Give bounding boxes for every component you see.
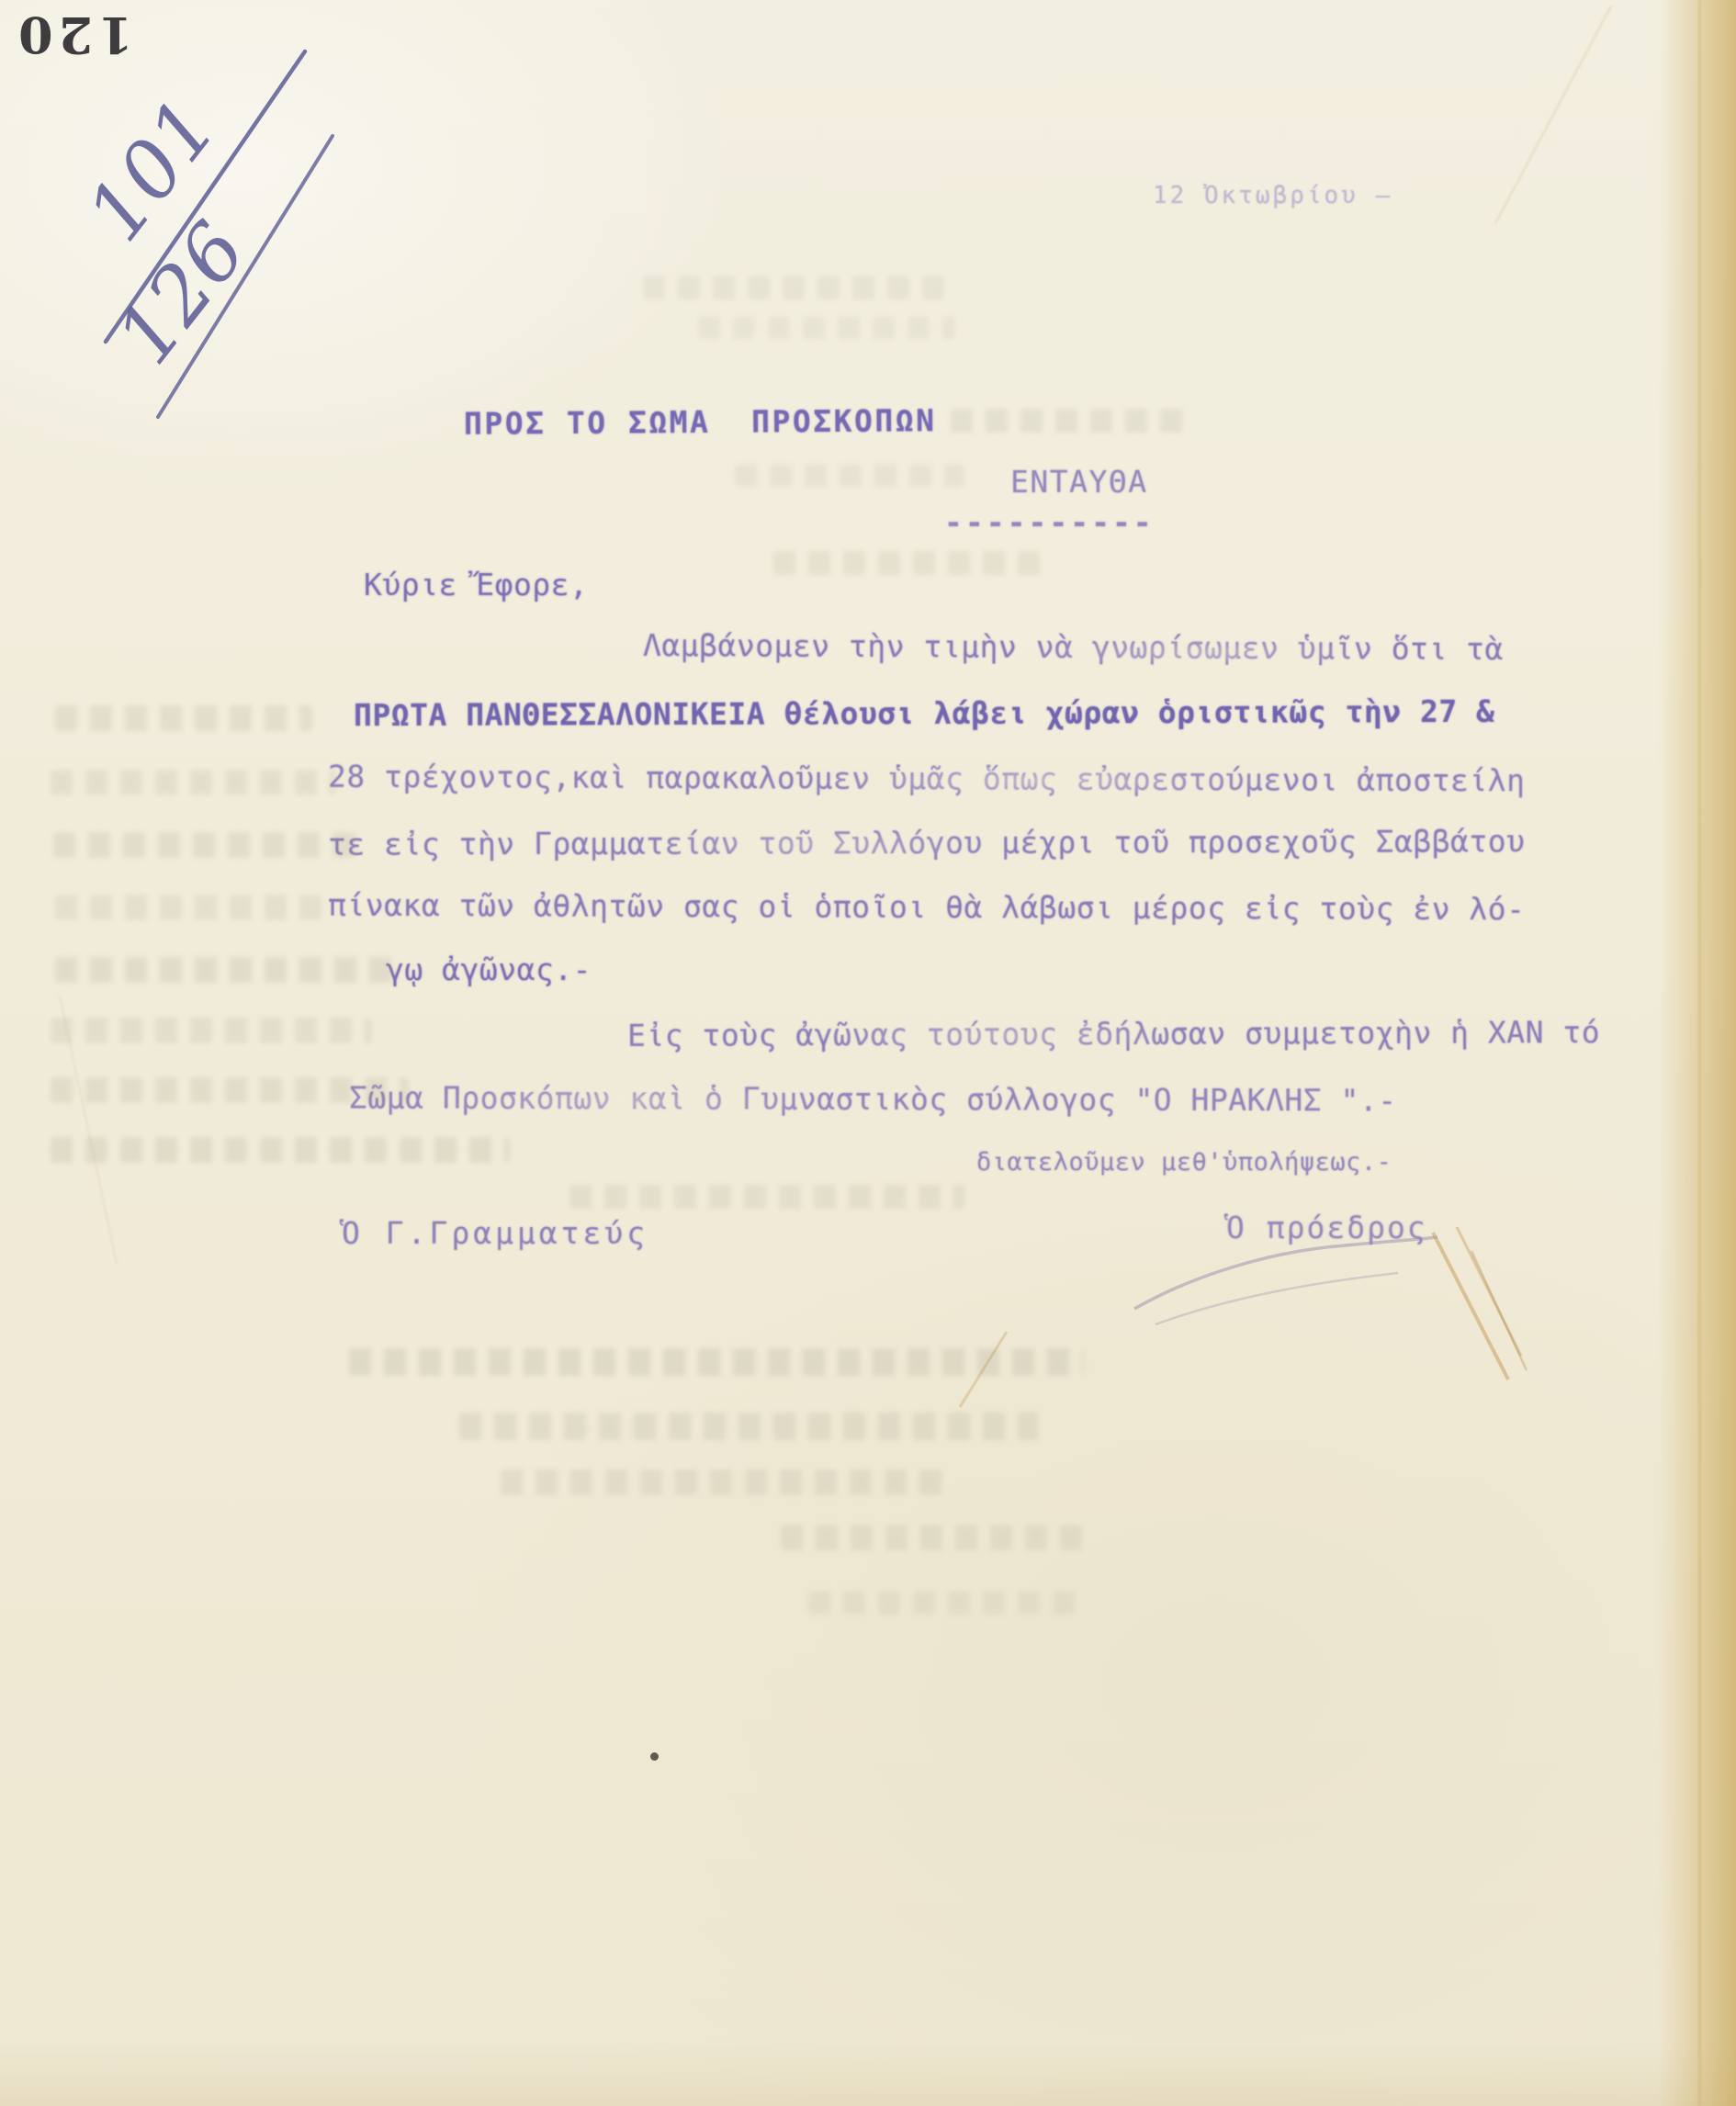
bleed-through-text [55,895,331,920]
bleed-through-text [51,1137,510,1163]
paper-edge-streak [1698,0,1701,2106]
bleed-through-text [51,1077,409,1103]
handwritten-reference: 101 126 [46,28,377,432]
ink-fade [432,1082,827,1121]
bleed-through-text [53,832,356,858]
closing-line: διατελοῦμεν μεθ'ὑπολήψεως.- [976,1150,1392,1175]
secretary-title: Ὁ Γ.Γραμματεύς [342,1218,648,1248]
bleed-through-text [569,1185,964,1209]
divider-dashes: ---------- [944,507,1155,537]
ink-fade [625,825,1010,865]
body-line: πίνακα τῶν ἀθλητῶν σας οἱ ὁποῖοι θὰ λάβω… [328,890,1526,925]
scanned-letter-page: 120 101 126 12 Ὀκτωβρίου — ΠΡΟΣ ΤΟ ΣΩΜΑ … [0,0,1736,2106]
place-line: ΕΝΤΑΥΘΑ [1010,467,1148,497]
bleed-through-text [698,317,955,339]
paper-crease [1494,5,1613,224]
bleed-through-text [51,1018,372,1043]
salutation: Κύριε Ἔφορε, [364,569,588,600]
bleed-through-text [501,1470,941,1495]
ink-fade [808,1016,1194,1056]
bleed-through-text [951,409,1189,433]
ink-speck [650,1752,659,1761]
ink-fade [1010,634,1396,670]
bleed-through-text [51,770,335,795]
bleed-through-text [643,276,955,299]
bleed-through-text [735,465,964,487]
bleed-through-text [773,551,1049,575]
ink-fade [808,760,1286,801]
bleed-through-text [808,1591,1084,1615]
signature-scrawl [919,1194,1561,1433]
bleed-through-text [459,1413,1038,1440]
bleed-through-text [55,957,404,983]
recipient-line: ΠΡΟΣ ΤΟ ΣΩΜΑ ΠΡΟΣΚΟΠΩΝ [464,405,937,439]
date-line: 12 Ὀκτωβρίου — [1153,184,1392,208]
bleed-through-text [349,1348,1084,1376]
bleed-through-text [781,1525,1084,1550]
body-line: ΠΡΩΤΑ ΠΑΝΘΕΣΣΑΛΟΝΙΚΕΙΑ θέλουσι λάβει χώρ… [354,696,1495,730]
body-line: γῳ ἀγῶνας.- [386,954,592,985]
bleed-through-text [55,705,312,731]
